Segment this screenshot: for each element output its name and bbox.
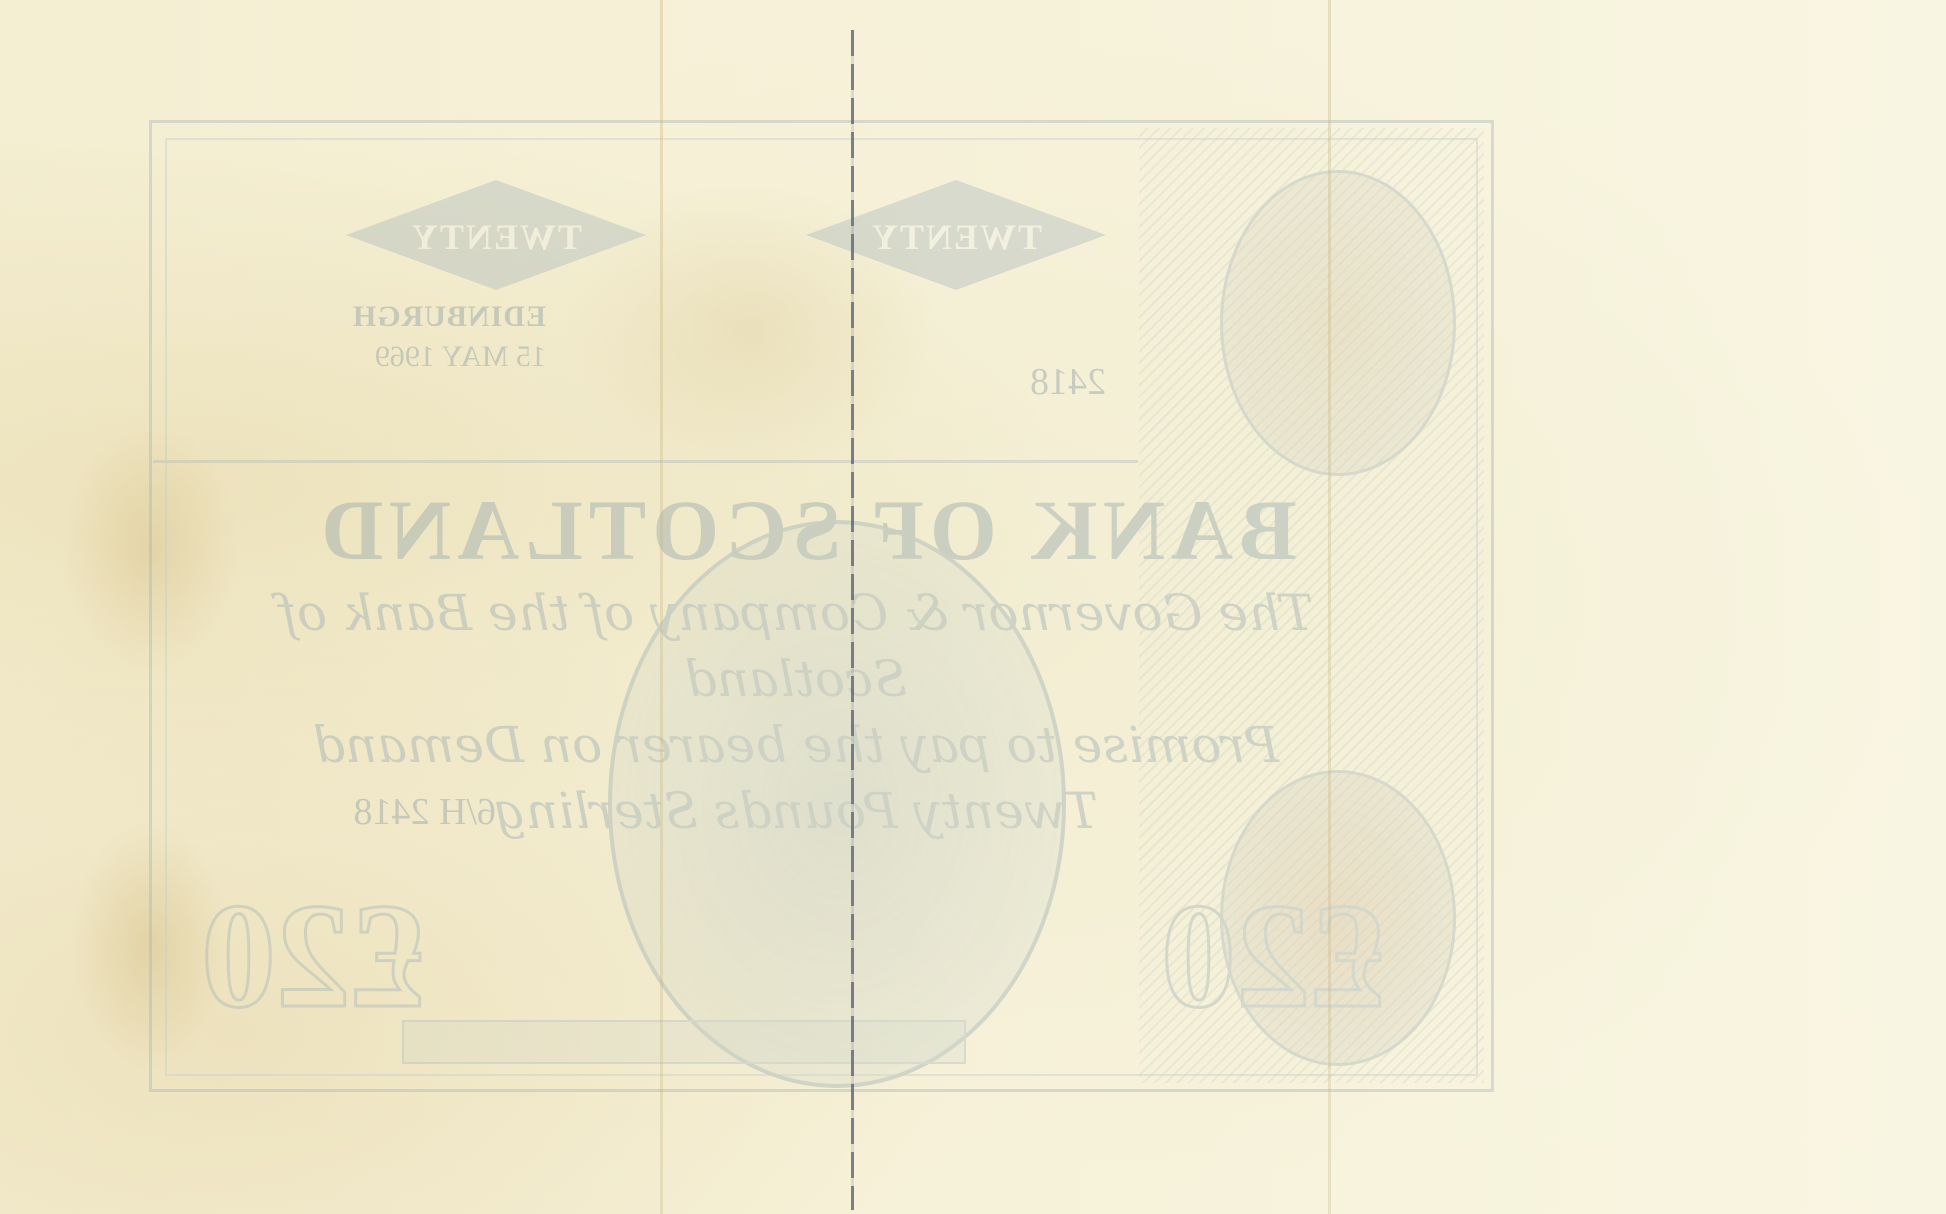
bank-name: BANK OF SCOTLAND [206,480,1406,580]
serial-number-bottom: 6/H 2418 [354,790,497,834]
amount-numeral-left: £20 [1161,870,1386,1042]
denomination-diamond-left: TWENTY [346,180,646,290]
issue-date: 15 MAY 1969 [266,340,546,374]
arms-oval-top [1220,170,1456,476]
fold-line [1328,0,1331,1214]
security-thread [851,30,854,1210]
serial-number-top: 2418 [1030,360,1106,404]
promise-line: Promise to pay the bearer on Demand [206,712,1386,778]
show-through-design: TWENTY TWENTY EDINBURGH 15 MAY 1969 2418… [0,0,1946,1214]
promise-line: The Governor & Company of the Bank of Sc… [206,580,1386,712]
signature-strip [402,1020,966,1064]
fold-line [660,0,663,1214]
issue-city: EDINBURGH [266,300,546,334]
denomination-word: TWENTY [346,216,646,258]
amount-numeral-right: £20 [201,870,426,1042]
